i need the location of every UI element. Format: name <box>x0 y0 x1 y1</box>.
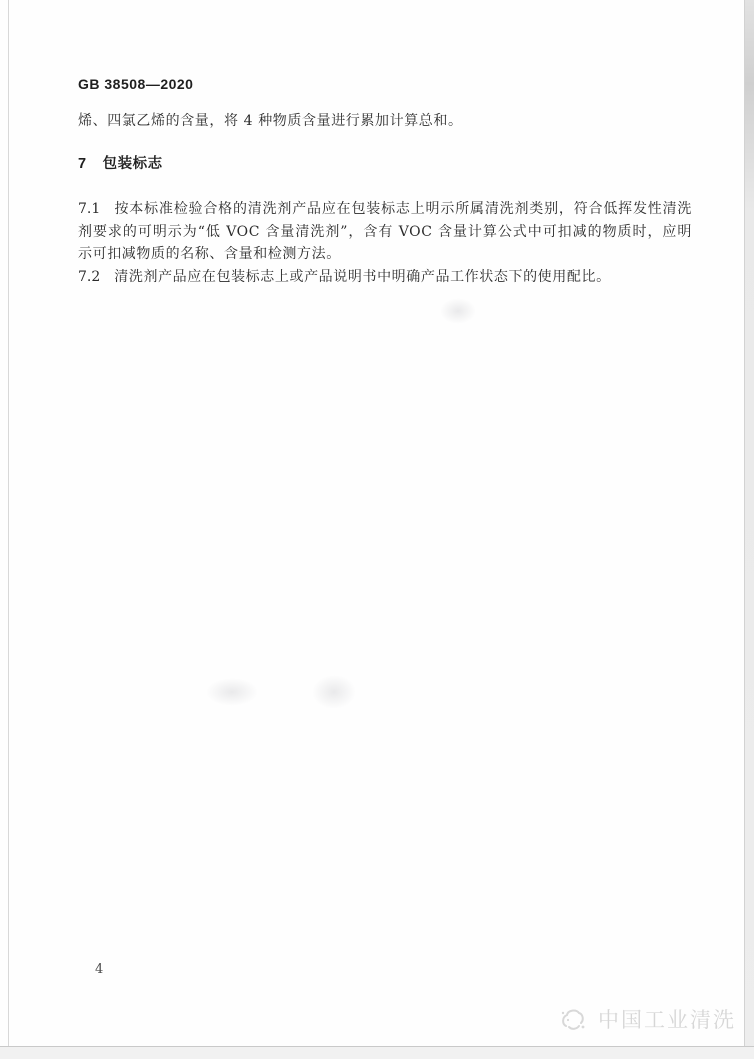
footer-watermark: 中国工业清洗 <box>556 1002 736 1036</box>
section-heading: 7包装标志 <box>78 152 692 173</box>
document-content: GB 38508—2020 烯、四氯乙烯的含量，将 4 种物质含量进行累加计算总… <box>78 76 692 288</box>
scan-smudge <box>440 298 476 324</box>
scan-smudge <box>206 678 258 706</box>
clause-number: 7.2 <box>78 269 100 285</box>
clause-text: 清洗剂产品应在包装标志上或产品说明书中明确产品工作状态下的使用配比。 <box>114 269 610 285</box>
continuation-paragraph: 烯、四氯乙烯的含量，将 4 种物质含量进行累加计算总和。 <box>78 110 692 132</box>
page-left-edge <box>8 0 9 1047</box>
scanned-document-page: GB 38508—2020 烯、四氯乙烯的含量，将 4 种物质含量进行累加计算总… <box>0 0 754 1059</box>
section-number: 7 <box>78 156 87 172</box>
footer-watermark-text: 中国工业清洗 <box>598 1004 736 1034</box>
splash-logo-icon <box>556 1002 590 1036</box>
page-bottom-edge <box>0 1046 754 1059</box>
page-number: 4 <box>95 962 104 977</box>
scan-smudge <box>312 675 356 709</box>
clause-number: 7.1 <box>78 201 100 217</box>
clause-text: 按本标准检验合格的清洗剂产品应在包装标志上明示所属清洗剂类别，符合低挥发性清洗剂… <box>78 201 692 262</box>
standard-number-header: GB 38508—2020 <box>78 76 692 92</box>
clause-7-1: 7.1按本标准检验合格的清洗剂产品应在包装标志上明示所属清洗剂类别，符合低挥发性… <box>78 198 692 266</box>
section-title: 包装标志 <box>103 156 163 172</box>
page-right-edge <box>744 0 754 1047</box>
clause-7-2: 7.2清洗剂产品应在包装标志上或产品说明书中明确产品工作状态下的使用配比。 <box>78 266 692 289</box>
